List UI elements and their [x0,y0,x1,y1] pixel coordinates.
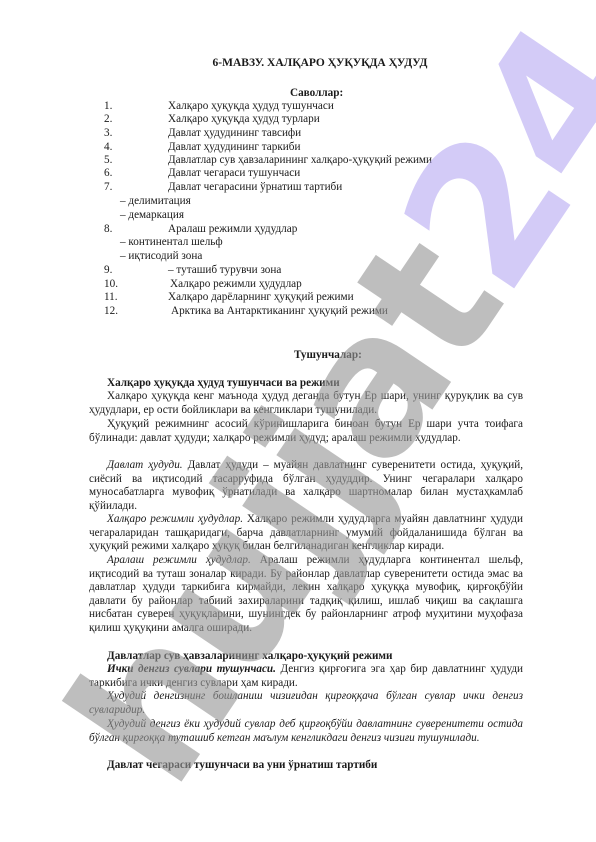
question-text: Давлатлар сув ҳавзаларининг халқаро-ҳуқу… [168,154,432,167]
paragraph: Давлат ҳудуди. Давлат ҳудуди – муайян да… [89,459,523,513]
paragraph: Халқаро режимли ҳудудлар. Халқаро режимл… [89,513,523,554]
question-text: Халқаро ҳуқуқда ҳудуд турлари [168,113,320,126]
question-number: 4. [104,141,112,154]
subitem: – демаркация [120,209,184,222]
question-number: 11. [104,291,118,304]
subitem: – иқтисодий зона [120,250,202,263]
question-text: – туташиб турувчи зона [168,264,281,277]
section-heading: Давлатлар сув ҳавзаларининг халқаро-ҳуқу… [89,650,523,664]
questions-heading: Саволлар: [290,87,343,100]
paragraph: Ички денгиз сувлари тушунчаси. Денгиз қи… [89,663,523,690]
question-text: Давлат чегараси тушунчаси [168,167,300,180]
question-text: Давлат ҳудудининг тавсифи [168,127,301,140]
paragraph: Аралаш режимли ҳудудлар. Аралаш режимли … [89,554,523,636]
question-number: 9. [104,264,112,277]
document-page: 6-МАВЗУ. ХАЛҚАРО ҲУҚУҚДА ҲУДУД Саволлар:… [0,0,596,842]
question-text: Давлат ҳудудининг таркиби [168,141,300,154]
paragraph: Халқаро ҳуқуқда кенг маънода ҳудуд деган… [89,390,523,417]
term: Халқаро режимли ҳудудлар. [107,513,243,525]
document-title: 6-МАВЗУ. ХАЛҚАРО ҲУҚУҚДА ҲУДУД [0,57,596,70]
term: Ички денгиз сувлари тушунчаси. [107,663,276,675]
subitem: – делимитация [120,195,191,208]
question-text: Халқаро дарёларнинг ҳуқуқий режими [168,291,354,304]
paragraph: Ҳуқуқий режимнинг асосий кўринишларига б… [89,418,523,445]
question-text: Давлат чегарасини ўрнатиш тартиби [168,181,342,194]
term: Давлат ҳудуди. [107,459,183,471]
section-heading: Давлат чегараси тушунчаси ва уни ўрнатиш… [89,759,523,773]
question-number: 8. [104,223,112,236]
paragraph: Ҳудудий денгиз ёки ҳудудий сувлар деб қи… [89,718,523,745]
question-number: 12. [104,305,118,318]
question-number: 7. [104,181,112,194]
question-number: 5. [104,154,112,167]
concepts-heading: Тушунчалар: [294,349,362,362]
subitem: – континентал шельф [120,236,223,249]
question-text: Халқаро режимли ҳудудлар [170,278,302,291]
question-number: 10. [104,278,118,291]
term: Аралаш режимли ҳудудлар. [107,554,251,566]
question-text: Арктика ва Антарктиканинг ҳуқуқий режими [171,305,388,318]
question-number: 1. [104,100,112,113]
paragraph: Ҳудудий денгизнинг бошланиш чизиғидан қи… [89,690,523,717]
question-text: Аралаш режимли ҳудудлар [168,223,297,236]
section-heading: Халқаро ҳуқуқда ҳудуд тушунчаси ва режим… [89,377,523,391]
question-number: 3. [104,127,112,140]
question-number: 6. [104,167,112,180]
question-text: Халқаро ҳуқуқда ҳудуд тушунчаси [168,100,334,113]
question-number: 2. [104,113,112,126]
